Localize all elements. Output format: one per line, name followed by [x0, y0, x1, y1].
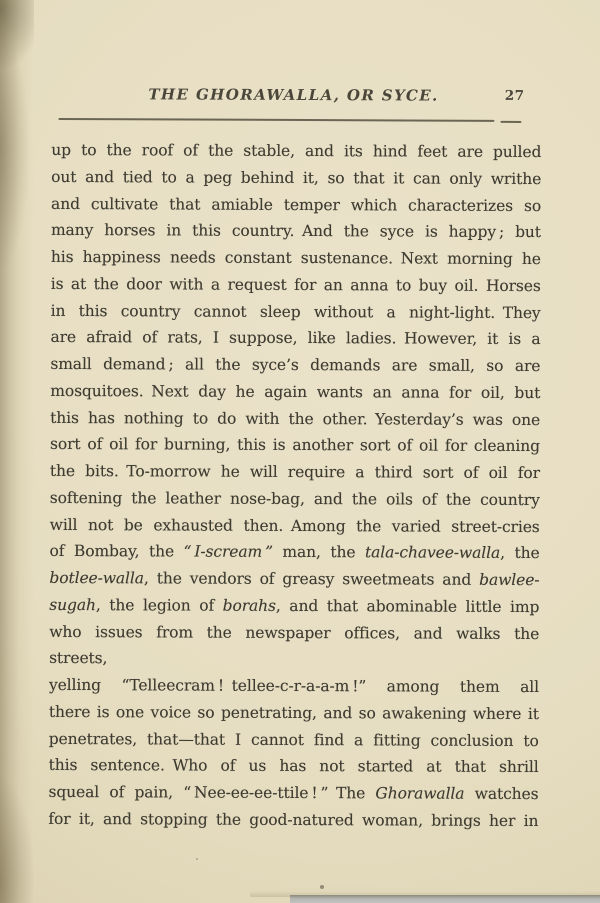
italic-text-segment: Ghorawalla: [375, 784, 464, 802]
text-segment: , and that abominable little imp: [276, 597, 539, 616]
text-segment: many horses in this country. And the syc…: [51, 221, 541, 241]
text-line: are afraid of rats, I suppose, like ladi…: [50, 324, 540, 353]
text-line: of Bombay, the “ I-scream ” man, the tal…: [50, 538, 540, 567]
scanned-book-page: THE GHORAWALLA, OR SYCE. 27 up to the ro…: [0, 0, 600, 903]
text-segment: in this country cannot sleep without a n…: [51, 301, 541, 321]
text-segment: mosquitoes. Next day he again wants an a…: [50, 382, 540, 402]
text-segment: of Bombay, the: [50, 542, 184, 561]
text-line: sugah, the legion of borahs, and that ab…: [49, 592, 539, 621]
text-line: many horses in this country. And the syc…: [51, 217, 541, 246]
paper-speck: [536, 228, 538, 230]
text-line: his happiness needs constant sustenance.…: [51, 244, 541, 273]
paper-speck: [320, 885, 324, 889]
text-line: softening the leather nose-bag, and the …: [50, 485, 540, 514]
text-segment: man, the: [273, 543, 365, 561]
text-segment: is at the door with a request for an ann…: [51, 275, 541, 295]
text-segment: there is one voice so penetrating, and s…: [49, 703, 539, 723]
text-segment: this sentence. Who of us has not started…: [49, 756, 539, 776]
text-segment: yelling “Telleecram ! tellee-c-r-a-a-m !…: [49, 676, 539, 696]
text-segment: squeal of pain, “ Nee-ee-ee-ttile ! ” Th…: [48, 783, 375, 802]
text-segment: his happiness needs constant sustenance.…: [51, 248, 541, 268]
text-segment: up to the roof of the stable, and its hi…: [51, 141, 541, 161]
text-segment: , the legion of: [96, 596, 223, 615]
text-line: who issues from the newspaper offices, a…: [49, 618, 539, 674]
header-rule-dash: [500, 121, 521, 123]
italic-text-segment: borahs: [223, 596, 276, 614]
text-segment: , the: [500, 544, 540, 562]
text-line: will not be exhausted then. Among the va…: [50, 511, 540, 540]
text-line: for it, and stopping the good-natured wo…: [48, 806, 538, 835]
text-line: this has nothing to do with the other. Y…: [50, 404, 540, 433]
text-line: there is one voice so penetrating, and s…: [49, 699, 539, 728]
text-segment: small demand ; all the syce’s demands ar…: [50, 355, 540, 375]
italic-text-segment: “ I-scream ”: [184, 543, 273, 561]
body-text: up to the roof of the stable, and its hi…: [48, 137, 541, 835]
text-line: is at the door with a request for an ann…: [51, 271, 541, 300]
text-line: yelling “Telleecram ! tellee-c-r-a-a-m !…: [49, 672, 539, 701]
header-rule: [58, 118, 494, 122]
text-segment: this has nothing to do with the other. Y…: [50, 408, 540, 428]
text-segment: are afraid of rats, I suppose, like ladi…: [50, 328, 540, 348]
text-line: sort of oil for burning, this is another…: [50, 431, 540, 460]
text-line: small demand ; all the syce’s demands ar…: [50, 351, 540, 380]
text-segment: softening the leather nose-bag, and the …: [50, 489, 540, 509]
text-line: penetrates, that—that I cannot find a fi…: [49, 725, 539, 754]
text-segment: , the vendors of greasy sweetmeats and: [144, 569, 479, 588]
paper-speck: [196, 858, 198, 860]
italic-text-segment: tala-chavee-walla: [365, 544, 500, 563]
text-line: this sentence. Who of us has not started…: [49, 752, 539, 781]
text-line: mosquitoes. Next day he again wants an a…: [50, 378, 540, 407]
page-bottom-edge: [290, 895, 600, 903]
text-segment: for it, and stopping the good-natured wo…: [48, 810, 538, 830]
text-line: and cultivate that amiable temper which …: [51, 190, 541, 219]
page-number: 27: [505, 88, 525, 104]
text-segment: watches: [464, 785, 538, 803]
text-line: botlee-walla, the vendors of greasy swee…: [49, 565, 539, 594]
running-head: THE GHORAWALLA, OR SYCE. 27: [2, 85, 600, 110]
text-segment: and cultivate that amiable temper which …: [51, 194, 541, 214]
page-content: THE GHORAWALLA, OR SYCE. 27 up to the ro…: [0, 0, 600, 903]
italic-text-segment: bawlee-: [479, 571, 539, 589]
text-segment: will not be exhausted then. Among the va…: [50, 515, 540, 535]
text-segment: the bits. To-morrow he will require a th…: [50, 462, 540, 482]
text-line: out and tied to a peg behind it, so that…: [51, 164, 541, 193]
text-line: up to the roof of the stable, and its hi…: [51, 137, 541, 166]
italic-text-segment: botlee-walla: [49, 569, 144, 587]
text-line: the bits. To-morrow he will require a th…: [50, 458, 540, 487]
text-line: squeal of pain, “ Nee-ee-ee-ttile ! ” Th…: [48, 779, 538, 808]
text-segment: penetrates, that—that I cannot find a fi…: [49, 729, 539, 749]
italic-text-segment: sugah: [49, 596, 96, 614]
text-segment: sort of oil for burning, this is another…: [50, 435, 540, 455]
text-segment: who issues from the newspaper offices, a…: [49, 622, 539, 667]
text-segment: out and tied to a peg behind it, so that…: [51, 168, 541, 188]
text-line: in this country cannot sleep without a n…: [51, 297, 541, 326]
